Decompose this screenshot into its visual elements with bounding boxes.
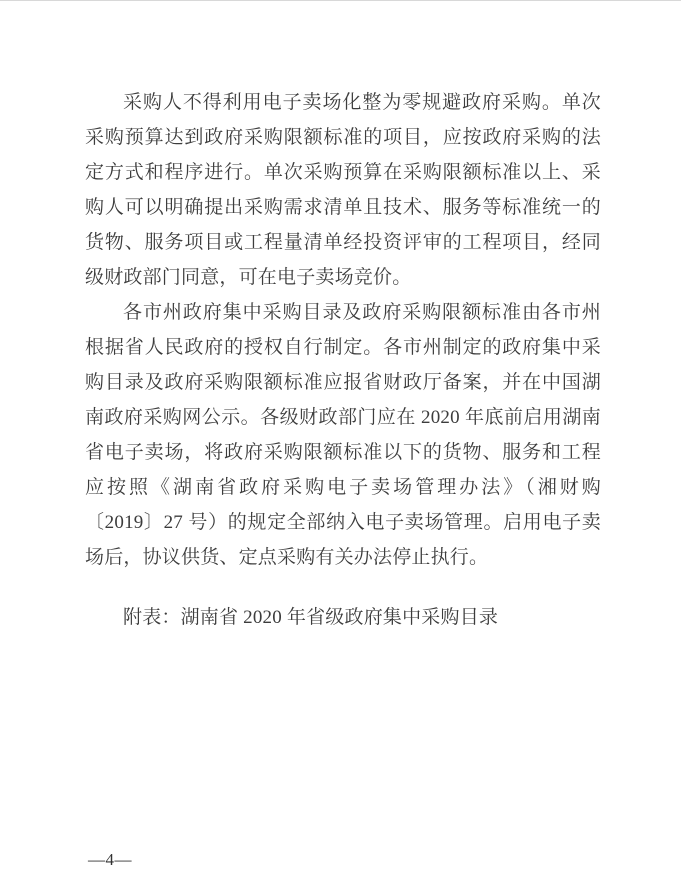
page-number: —4— <box>88 850 132 870</box>
document-body: 采购人不得利用电子卖场化整为零规避政府采购。单次采购预算达到政府采购限额标准的项… <box>85 85 601 635</box>
paragraph-1: 采购人不得利用电子卖场化整为零规避政府采购。单次采购预算达到政府采购限额标准的项… <box>85 85 601 295</box>
document-page: 采购人不得利用电子卖场化整为零规避政府采购。单次采购预算达到政府采购限额标准的项… <box>0 0 681 876</box>
attachment-note: 附表：湖南省 2020 年省级政府集中采购目录 <box>85 600 601 635</box>
paragraph-2: 各市州政府集中采购目录及政府采购限额标准由各市州根据省人民政府的授权自行制定。各… <box>85 295 601 575</box>
